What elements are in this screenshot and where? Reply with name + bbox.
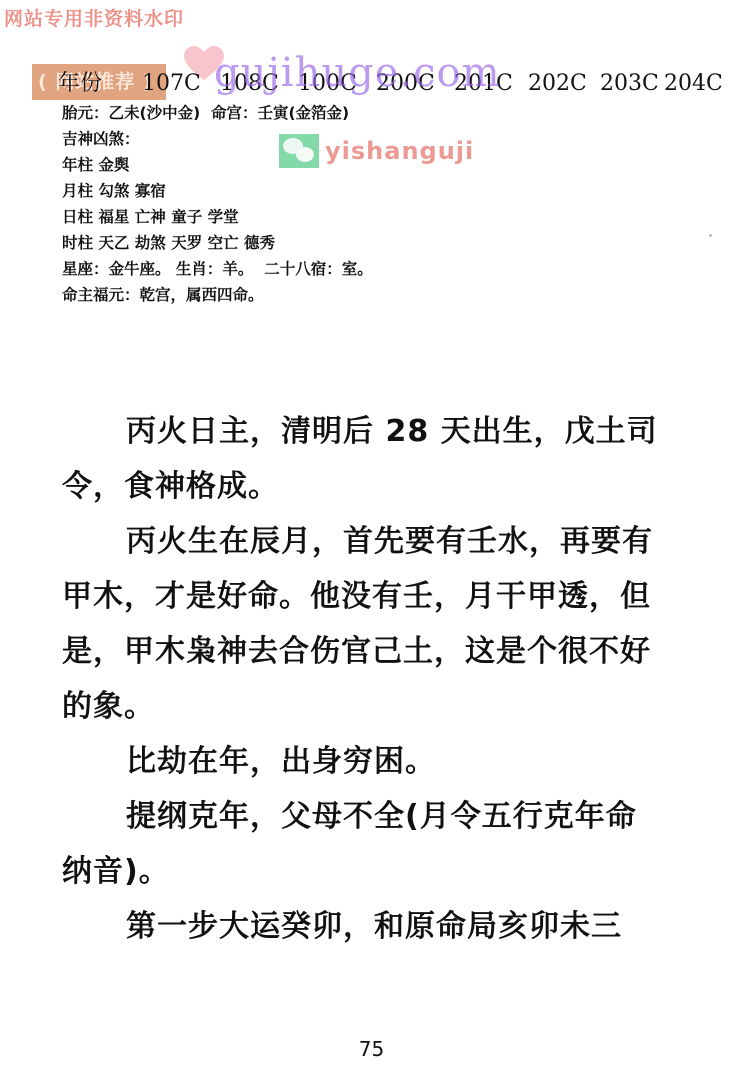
year-cell: 107C: [142, 71, 220, 96]
watermark-wechat: yishanguji: [279, 134, 474, 168]
text-line: 丙火生在辰月，首先要有壬水，再要有: [62, 514, 702, 569]
paragraph: 丙火生在辰月，首先要有壬水，再要有 甲木，才是好命。他没有壬，月干甲透，但 是，…: [62, 514, 702, 734]
text-line: 的象。: [62, 679, 702, 734]
year-label: 年份: [58, 66, 142, 97]
watermark-site: gujihuge.com: [214, 50, 501, 96]
paragraph: 提纲克年，父母不全(月令五行克年命 纳音)。: [62, 789, 702, 899]
day-pillar-shensha: 日柱 福星 亡神 童子 学堂: [62, 204, 373, 230]
text-line: 第一步大运癸卯，和原命局亥卯未三: [62, 899, 702, 954]
text-line: 提纲克年，父母不全(月令五行克年命: [62, 789, 702, 844]
paragraph: 第一步大运癸卯，和原命局亥卯未三: [62, 899, 702, 954]
mingzhu-fuyuan-line: 命主福元：乾宫，属西四命。: [62, 282, 373, 308]
body-text: 丙火日主，清明后 28 天出生，戊土司 令，食神格成。 丙火生在辰月，首先要有壬…: [62, 404, 702, 954]
text-line: 甲木，才是好命。他没有壬，月干甲透，但: [62, 569, 702, 624]
paragraph: 丙火日主，清明后 28 天出生，戊土司 令，食神格成。: [62, 404, 702, 514]
chart-info-block: 胎元：乙未(沙中金) 命宫：壬寅(金箔金) 吉神凶煞： 年柱 金舆 月柱 勾煞 …: [62, 100, 373, 308]
text-line: 是，甲木枭神去合伤官己土，这是个很不好: [62, 624, 702, 679]
year-cell: 204C: [664, 71, 723, 96]
year-cell: 202C: [528, 71, 600, 96]
month-pillar-shensha: 月柱 勾煞 寡宿: [62, 178, 373, 204]
text-line: 丙火日主，清明后 28 天出生，戊土司: [62, 404, 702, 459]
watermark-top-left: 网站专用非资料水印: [4, 4, 184, 31]
text-line: 令，食神格成。: [62, 459, 702, 514]
text-line: 比劫在年，出身穷困。: [62, 734, 702, 789]
taiyuan-minggong-line: 胎元：乙未(沙中金) 命宫：壬寅(金箔金): [62, 100, 373, 126]
hour-pillar-shensha: 时柱 天乙 劫煞 天罗 空亡 德秀: [62, 230, 373, 256]
wechat-id-text: yishanguji: [325, 137, 474, 165]
text-line: 纳音)。: [62, 844, 702, 899]
scan-speck: [709, 234, 712, 237]
paragraph: 比劫在年，出身穷困。: [62, 734, 702, 789]
zodiac-line: 星座：金牛座。 生肖：羊。 二十八宿：室。: [62, 256, 373, 282]
wechat-icon: [279, 134, 319, 168]
page-number: 75: [0, 1037, 743, 1061]
year-cell: 203C: [600, 71, 664, 96]
